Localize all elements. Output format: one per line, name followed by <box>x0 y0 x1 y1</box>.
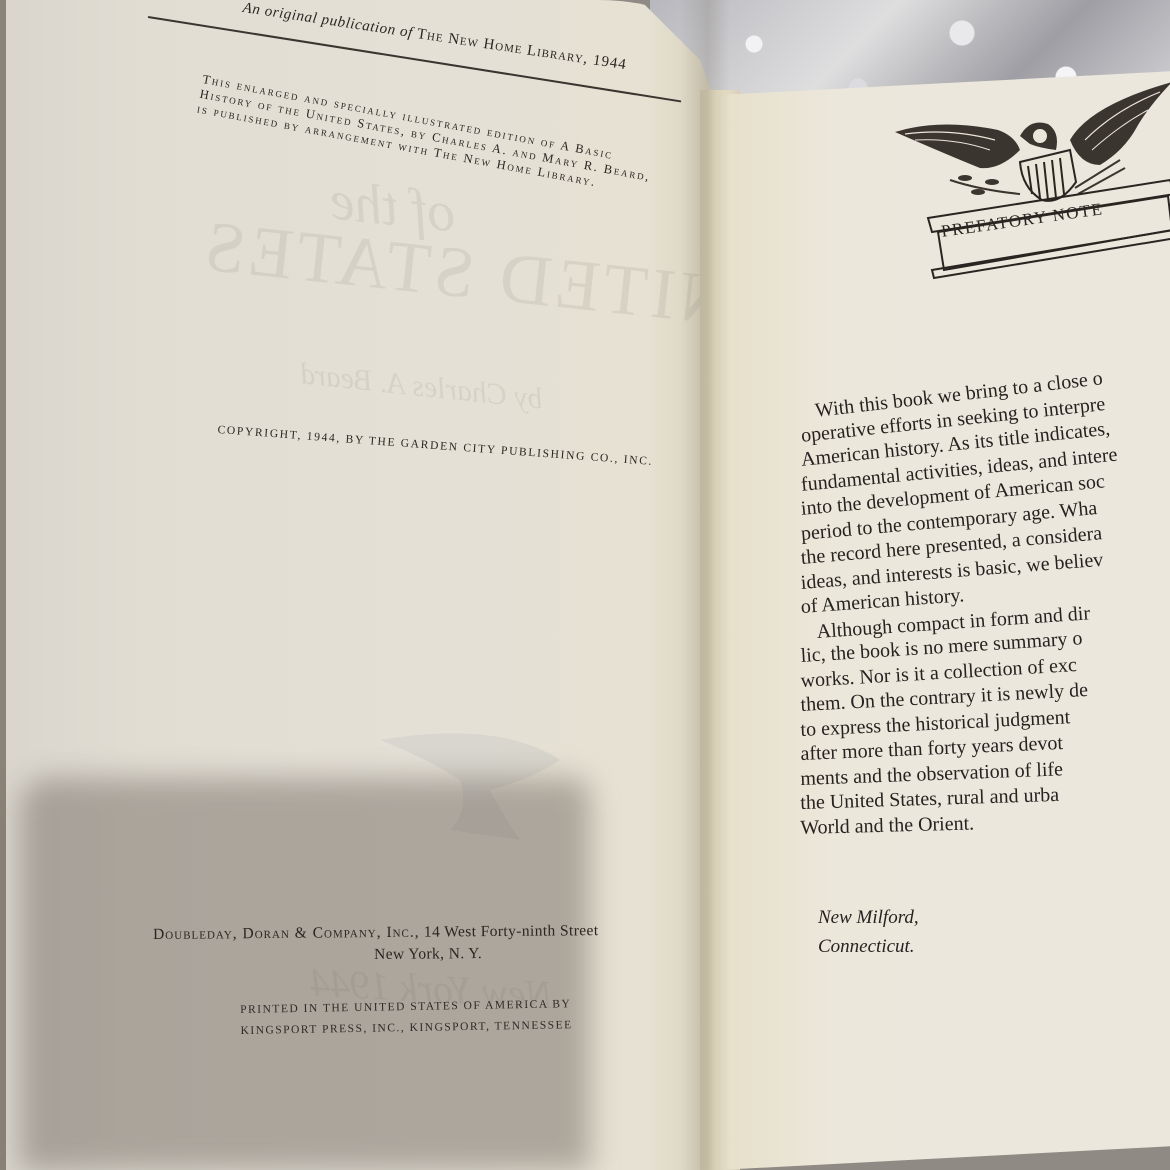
signature-state: Connecticut. <box>818 932 919 961</box>
signature-place: New Milford, <box>818 903 919 932</box>
publisher-address: 14 West Forty-ninth Street <box>420 922 599 941</box>
book-photo: of the UNITED STATES by Charles A. Beard… <box>0 0 1170 1170</box>
publisher-city: New York, N. Y. <box>374 945 482 964</box>
prefatory-paragraph: With this book we bring to a close o ope… <box>800 400 1118 823</box>
spine-shade <box>680 0 730 1170</box>
publisher-name: Doubleday, Doran & Company, Inc., <box>153 924 420 943</box>
printer-credit: PRINTED IN THE UNITED STATES OF AMERICA … <box>240 994 573 1042</box>
signature-block: New Milford, Connecticut. <box>818 903 919 961</box>
hand-shadow <box>20 778 590 1170</box>
page-edge <box>0 0 6 1170</box>
eagle-shield-icon <box>880 70 1170 280</box>
